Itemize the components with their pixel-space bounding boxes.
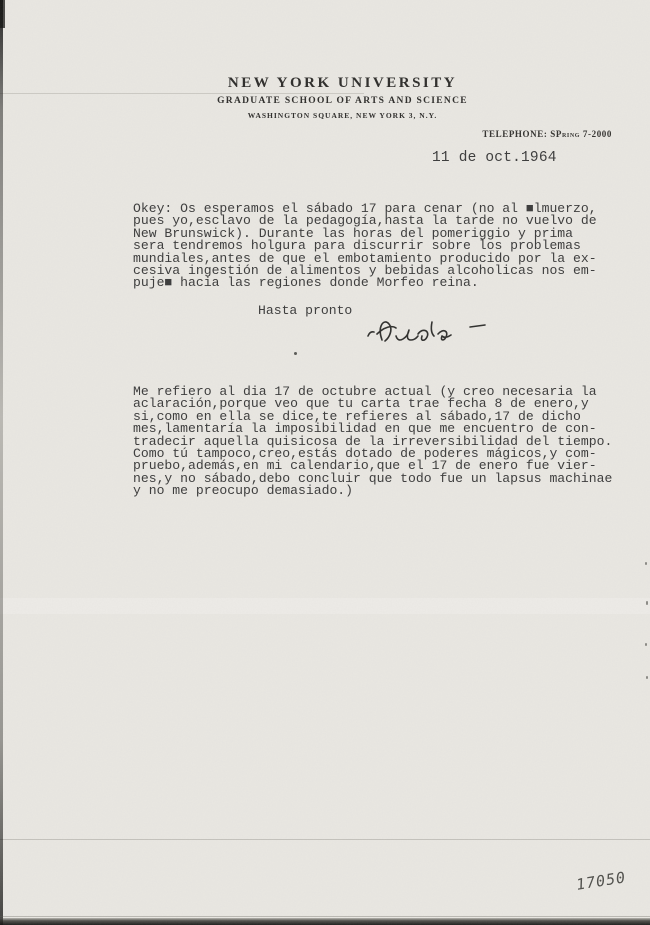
scan-speck [646, 601, 648, 605]
date-line: 11 de oct.1964 [432, 150, 557, 166]
paper-fold-band [0, 598, 650, 614]
institution-name: NEW YORK UNIVERSITY [170, 76, 515, 91]
closing-line: Hasta pronto [258, 303, 352, 318]
telephone-line: TELEPHONE: SPring 7-2000 [400, 129, 612, 139]
scan-speck [645, 562, 647, 565]
scan-edge-top-left [0, 0, 5, 28]
ink-dot [294, 352, 297, 355]
paragraph-1: Okey: Os esperamos el sábado 17 para cen… [133, 203, 597, 290]
archive-number: 17050 [575, 868, 627, 894]
scan-edge-bottom [0, 918, 650, 925]
scan-edge-left [0, 0, 3, 925]
address-line: WASHINGTON SQUARE, NEW YORK 3, N.Y. [170, 111, 515, 120]
paper-crease-top [0, 93, 364, 94]
scan-speck [646, 676, 648, 679]
paper-crease-bottom [0, 839, 650, 840]
scan-speck [645, 643, 647, 646]
scan-edge-bottom-line [0, 916, 650, 917]
scanned-letter-page: NEW YORK UNIVERSITY GRADUATE SCHOOL OF A… [0, 0, 650, 925]
paragraph-2: Me refiero al dia 17 de octubre actual (… [133, 386, 612, 498]
letterhead: NEW YORK UNIVERSITY GRADUATE SCHOOL OF A… [170, 76, 515, 120]
signature-ayala [362, 312, 492, 354]
school-name: GRADUATE SCHOOL OF ARTS AND SCIENCE [170, 96, 515, 106]
